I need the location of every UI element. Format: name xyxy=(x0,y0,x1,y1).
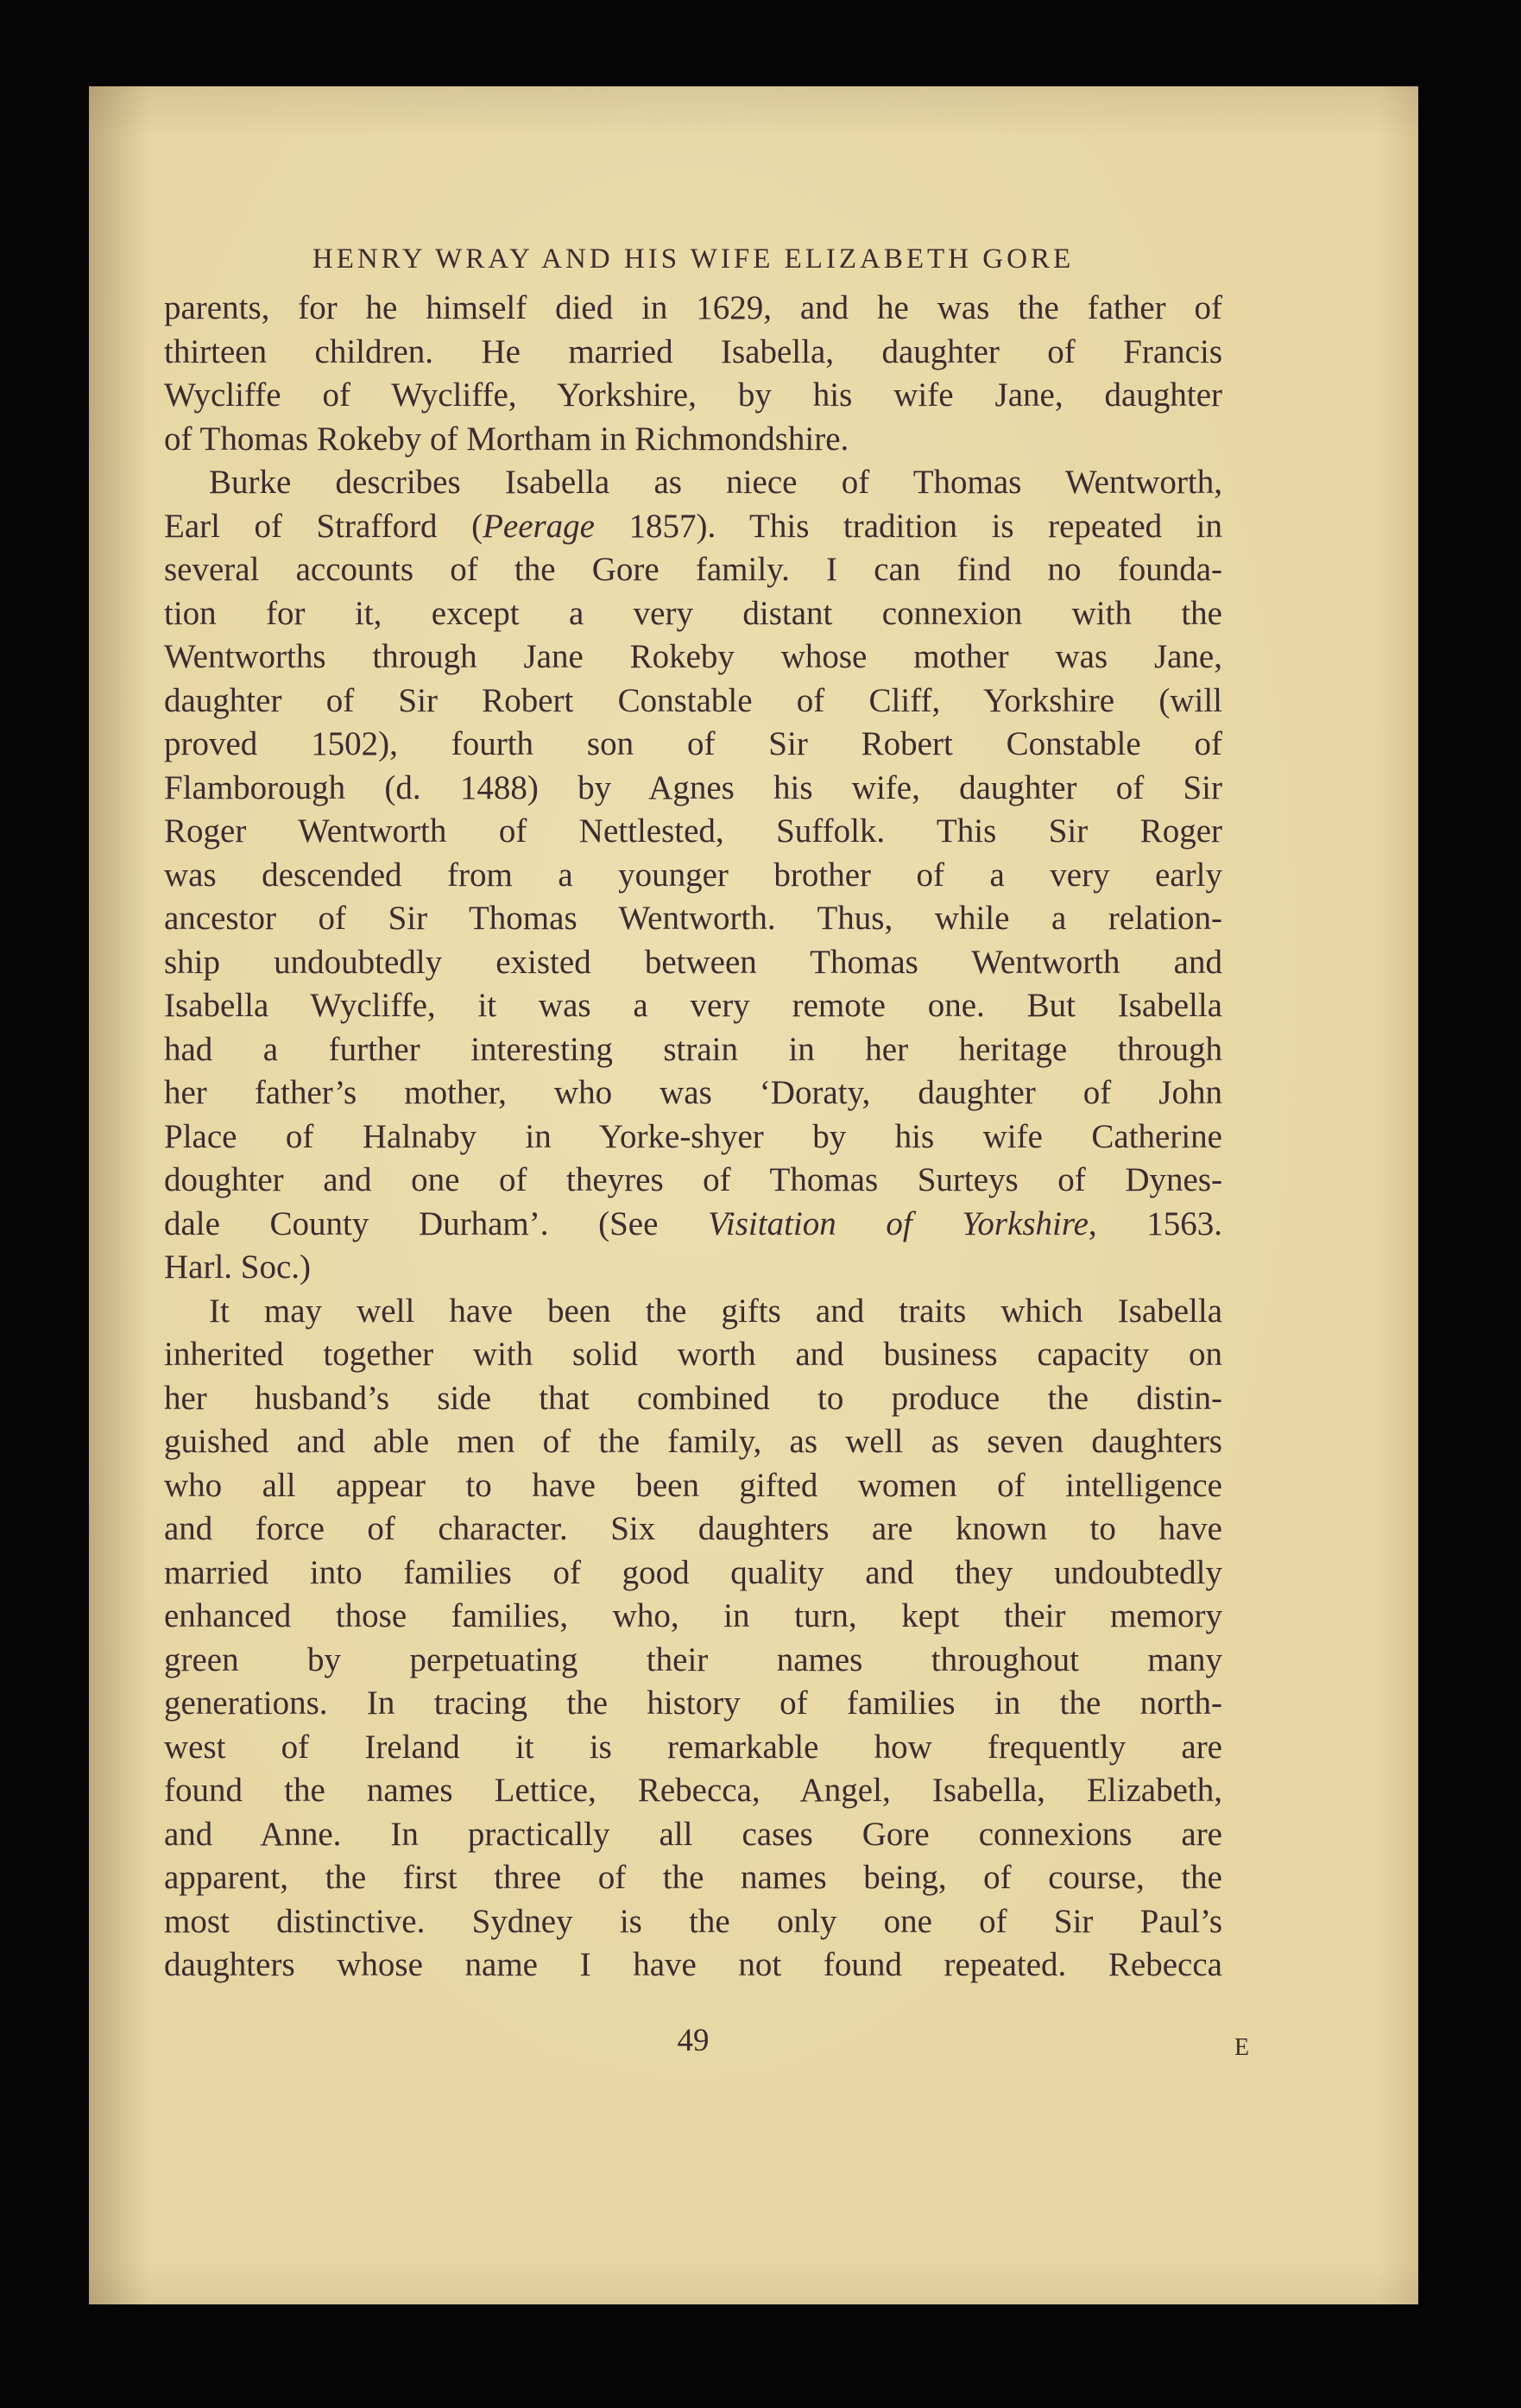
text-line: several accounts of the Gore family. I c… xyxy=(164,548,1222,592)
plain-text: daughter of Sir Robert Constable of Clif… xyxy=(164,682,1222,719)
plain-text: west of Ireland it is remarkable how fre… xyxy=(164,1729,1222,1766)
plain-text: thirteen children. He married Isabella, … xyxy=(164,333,1222,370)
text-line: thirteen children. He married Isabella, … xyxy=(164,331,1222,375)
page-number: 49 xyxy=(164,2022,1222,2059)
plain-text: found the names Lettice, Rebecca, Angel,… xyxy=(164,1772,1222,1809)
plain-text: Flamborough (d. 1488) by Agnes his wife,… xyxy=(164,769,1222,806)
text-line: guished and able men of the family, as w… xyxy=(164,1420,1222,1464)
plain-text: parents, for he himself died in 1629, an… xyxy=(164,289,1222,326)
plain-text: Place of Halnaby in Yorke-shyer by his w… xyxy=(164,1118,1222,1155)
plain-text: inherited together with solid worth and … xyxy=(164,1336,1222,1373)
text-line: married into families of good quality an… xyxy=(164,1552,1222,1596)
text-line: Earl of Strafford (Peerage 1857). This t… xyxy=(164,505,1222,549)
plain-text: ship undoubtedly existed between Thomas … xyxy=(164,944,1222,981)
plain-text: most distinctive. Sydney is the only one… xyxy=(164,1903,1222,1940)
text-line: inherited together with solid worth and … xyxy=(164,1333,1222,1377)
signature-mark: E xyxy=(1234,2034,1250,2062)
plain-text: generations. In tracing the history of f… xyxy=(164,1684,1222,1722)
plain-text: Burke describes Isabella as niece of Tho… xyxy=(209,464,1222,501)
text-line: ship undoubtedly existed between Thomas … xyxy=(164,941,1222,985)
plain-text: and force of character. Six daughters ar… xyxy=(164,1510,1222,1547)
text-line: Place of Halnaby in Yorke-shyer by his w… xyxy=(164,1116,1222,1160)
text-line: green by perpetuating their names throug… xyxy=(164,1639,1222,1683)
plain-text: dale County Durham’. (See xyxy=(164,1205,708,1242)
scan-background: HENRY WRAY AND HIS WIFE ELIZABETH GORE p… xyxy=(0,0,1521,2408)
text-line: tion for it, except a very distant conne… xyxy=(164,592,1222,636)
plain-text: and Anne. In practically all cases Gore … xyxy=(164,1816,1222,1853)
italic-text: Visitation of Yorkshire xyxy=(708,1205,1089,1242)
plain-text: of Thomas Rokeby of Mortham in Richmonds… xyxy=(164,420,849,458)
plain-text: doughter and one of theyres of Thomas Su… xyxy=(164,1161,1222,1198)
plain-text: who all appear to have been gifted women… xyxy=(164,1467,1222,1504)
plain-text: enhanced those families, who, in turn, k… xyxy=(164,1597,1222,1634)
running-header: HENRY WRAY AND HIS WIFE ELIZABETH GORE xyxy=(164,243,1222,275)
text-line: dale County Durham’. (See Visitation of … xyxy=(164,1203,1222,1247)
text-line: most distinctive. Sydney is the only one… xyxy=(164,1900,1222,1944)
text-line: was descended from a younger brother of … xyxy=(164,854,1222,898)
text-line: daughters whose name I have not found re… xyxy=(164,1943,1222,1988)
plain-text: daughters whose name I have not found re… xyxy=(164,1946,1222,1983)
plain-text: had a further interesting strain in her … xyxy=(164,1031,1222,1068)
text-line: of Thomas Rokeby of Mortham in Richmonds… xyxy=(164,418,1222,462)
plain-text: proved 1502), fourth son of Sir Robert C… xyxy=(164,725,1222,762)
text-line: west of Ireland it is remarkable how fre… xyxy=(164,1726,1222,1770)
text-line: and Anne. In practically all cases Gore … xyxy=(164,1813,1222,1857)
text-line: and force of character. Six daughters ar… xyxy=(164,1507,1222,1552)
text-line: generations. In tracing the history of f… xyxy=(164,1682,1222,1726)
plain-text: tion for it, except a very distant conne… xyxy=(164,595,1222,632)
plain-text: Earl of Strafford ( xyxy=(164,508,483,545)
text-line: found the names Lettice, Rebecca, Angel,… xyxy=(164,1769,1222,1813)
plain-text: , 1563. xyxy=(1089,1205,1222,1242)
book-page: HENRY WRAY AND HIS WIFE ELIZABETH GORE p… xyxy=(89,86,1418,2304)
plain-text: Roger Wentworth of Nettlested, Suffolk. … xyxy=(164,812,1222,850)
text-line: parents, for he himself died in 1629, an… xyxy=(164,287,1222,331)
text-line: proved 1502), fourth son of Sir Robert C… xyxy=(164,723,1222,767)
plain-text: her husband’s side that combined to prod… xyxy=(164,1380,1222,1417)
plain-text: apparent, the first three of the names b… xyxy=(164,1859,1222,1896)
plain-text: Harl. Soc.) xyxy=(164,1248,311,1286)
text-line: her father’s mother, who was ‘Doraty, da… xyxy=(164,1071,1222,1116)
text-line: who all appear to have been gifted women… xyxy=(164,1464,1222,1508)
text-line: Flamborough (d. 1488) by Agnes his wife,… xyxy=(164,767,1222,811)
body-text: parents, for he himself died in 1629, an… xyxy=(164,287,1222,1988)
plain-text: Wentworths through Jane Rokeby whose mot… xyxy=(164,638,1222,675)
text-line: apparent, the first three of the names b… xyxy=(164,1856,1222,1900)
text-line: daughter of Sir Robert Constable of Clif… xyxy=(164,679,1222,724)
text-line: her husband’s side that combined to prod… xyxy=(164,1377,1222,1421)
text-line: Wentworths through Jane Rokeby whose mot… xyxy=(164,635,1222,679)
text-line: doughter and one of theyres of Thomas Su… xyxy=(164,1159,1222,1203)
italic-text: Peerage xyxy=(483,508,595,545)
text-block: HENRY WRAY AND HIS WIFE ELIZABETH GORE p… xyxy=(164,86,1222,2304)
text-line: had a further interesting strain in her … xyxy=(164,1028,1222,1072)
plain-text: ancestor of Sir Thomas Wentworth. Thus, … xyxy=(164,900,1222,937)
text-line: Harl. Soc.) xyxy=(164,1246,1222,1290)
plain-text: her father’s mother, who was ‘Doraty, da… xyxy=(164,1074,1222,1111)
text-line: enhanced those families, who, in turn, k… xyxy=(164,1595,1222,1639)
plain-text: It may well have been the gifts and trai… xyxy=(209,1292,1222,1330)
text-line: It may well have been the gifts and trai… xyxy=(164,1290,1222,1334)
plain-text: 1857). This tradition is repeated in xyxy=(595,508,1222,545)
text-line: ancestor of Sir Thomas Wentworth. Thus, … xyxy=(164,897,1222,941)
plain-text: guished and able men of the family, as w… xyxy=(164,1423,1222,1460)
text-line: Burke describes Isabella as niece of Tho… xyxy=(164,461,1222,505)
plain-text: green by perpetuating their names throug… xyxy=(164,1641,1222,1678)
plain-text: Isabella Wycliffe, it was a very remote … xyxy=(164,987,1222,1024)
plain-text: married into families of good quality an… xyxy=(164,1554,1222,1591)
plain-text: Wycliffe of Wycliffe, Yorkshire, by his … xyxy=(164,376,1222,414)
text-line: Wycliffe of Wycliffe, Yorkshire, by his … xyxy=(164,374,1222,418)
text-line: Isabella Wycliffe, it was a very remote … xyxy=(164,984,1222,1028)
text-line: Roger Wentworth of Nettlested, Suffolk. … xyxy=(164,810,1222,854)
plain-text: was descended from a younger brother of … xyxy=(164,856,1222,894)
plain-text: several accounts of the Gore family. I c… xyxy=(164,551,1222,588)
